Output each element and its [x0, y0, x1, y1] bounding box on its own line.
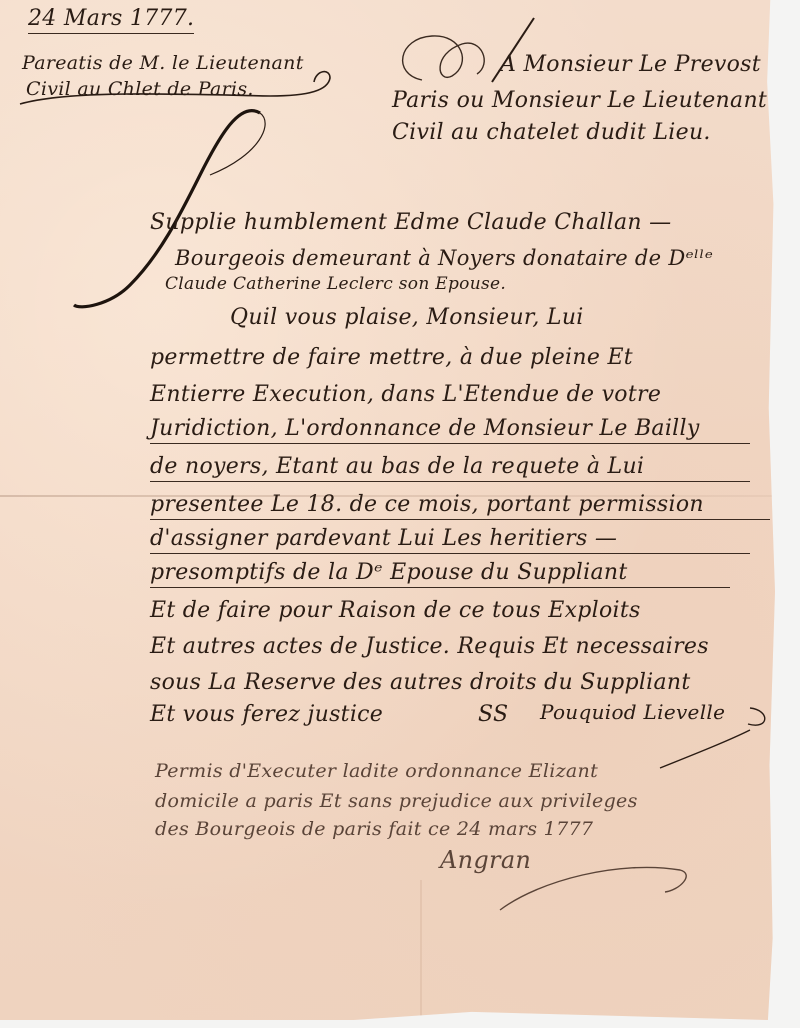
grant-line-1: Permis d'Executer ladite ordonnance Eliz…	[155, 760, 598, 782]
body-line-2: Bourgeois demeurant à Noyers donataire d…	[175, 246, 713, 270]
grant-line-3: des Bourgeois de paris fait ce 24 mars 1…	[155, 818, 593, 840]
petitioner-signature-flourish	[600, 700, 780, 770]
margin-date: 24 Mars 1777.	[28, 6, 194, 34]
body-line-3: Claude Catherine Leclerc son Epouse.	[165, 274, 506, 294]
body-line-15: Et vous ferez justice	[150, 702, 383, 727]
body-line-5: permettre de faire mettre, à due pleine …	[150, 345, 633, 370]
body-line-13: Et autres actes de Justice. Requis Et ne…	[150, 634, 709, 659]
body-line-10: d'assigner pardevant Lui Les heritiers —	[150, 526, 750, 554]
body-line-9: presentee Le 18. de ce mois, portant per…	[150, 492, 770, 520]
address-line-3: Civil au chatelet dudit Lieu.	[392, 120, 711, 145]
grant-signature-flourish	[480, 840, 700, 920]
body-line-1: Supplie humblement Edme Claude Challan —	[150, 210, 671, 235]
body-line-4: Quil vous plaise, Monsieur, Lui	[230, 305, 584, 330]
margin-underline-flourish	[10, 60, 340, 110]
document-page: 24 Mars 1777. Pareatis de M. le Lieutena…	[0, 0, 786, 1020]
body-line-7: Juridiction, L'ordonnance de Monsieur Le…	[150, 416, 750, 444]
body-line-6: Entierre Execution, dans L'Etendue de vo…	[150, 382, 661, 407]
address-line-2: Paris ou Monsieur Le Lieutenant	[392, 88, 767, 113]
body-line-12: Et de faire pour Raison de ce tous Explo…	[150, 598, 641, 623]
vertical-fold-crease	[420, 880, 422, 1020]
address-line-1: A Monsieur Le Prevost de	[500, 52, 796, 77]
body-line-11: presomptifs de la Dᵉ Epouse du Suppliant	[150, 560, 730, 588]
body-line-8: de noyers, Etant au bas de la requete à …	[150, 454, 750, 482]
closing-mark: SS	[478, 702, 508, 727]
grant-line-2: domicile a paris Et sans prejudice aux p…	[155, 790, 638, 812]
body-line-14: sous La Reserve des autres droits du Sup…	[150, 670, 691, 695]
